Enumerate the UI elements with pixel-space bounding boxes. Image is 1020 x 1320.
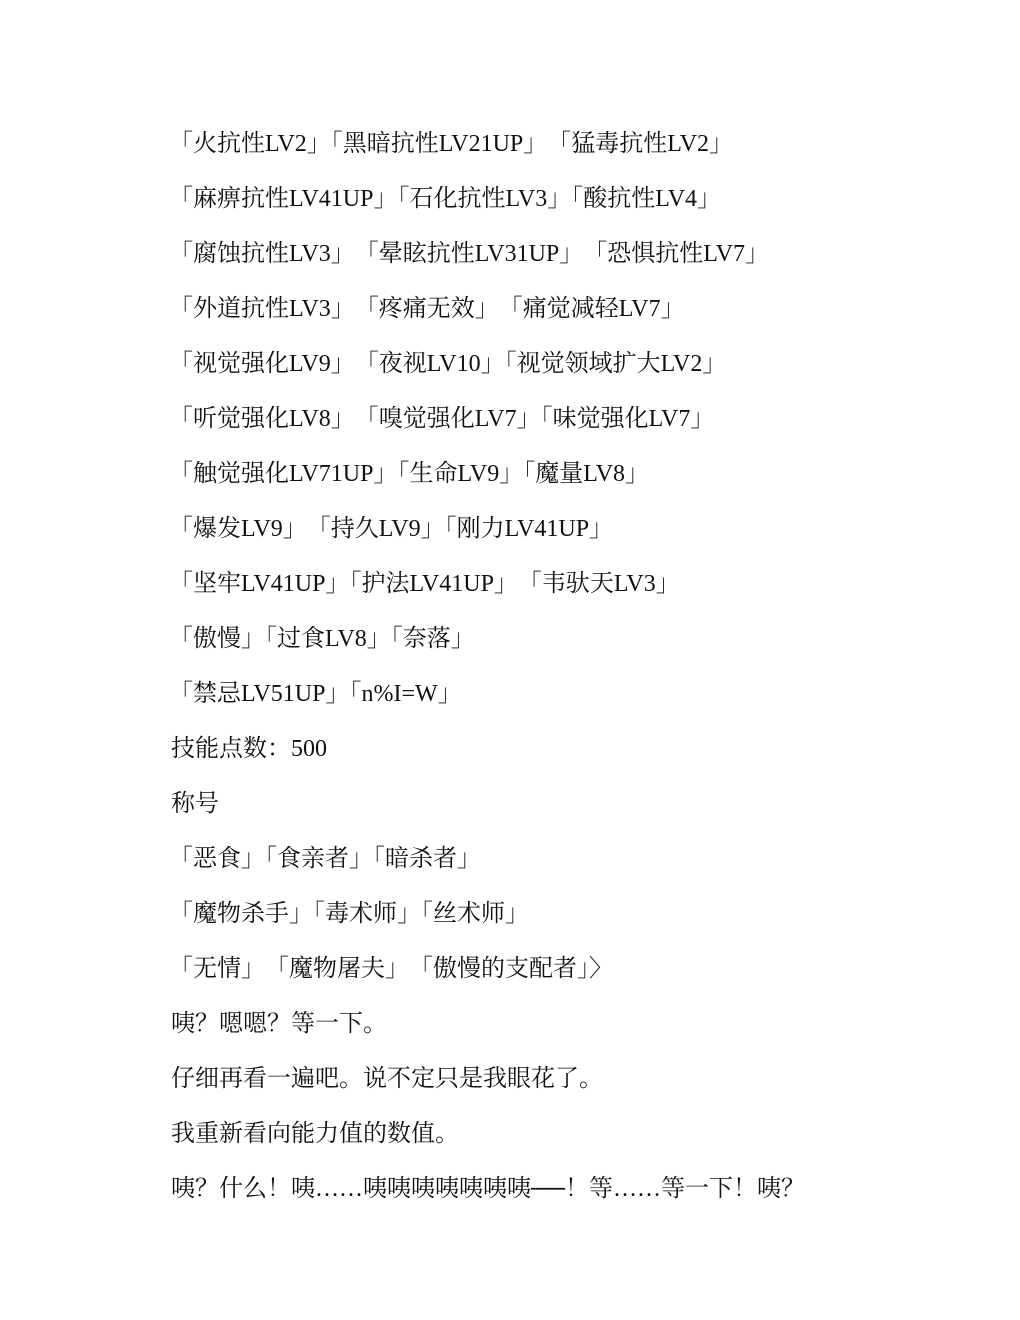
narration-paragraph-2: 仔细再看一遍吧。说不定只是我眼花了。 <box>171 1052 891 1107</box>
skill-line-stats-2: 「爆发LV9」 「持久LV9」「刚力LV41UP」 <box>169 502 891 557</box>
titles-line-2: 「魔物杀手」「毒术师」「丝术师」 <box>169 887 891 942</box>
document-page: 「火抗性LV2」「黑暗抗性LV21UP」 「猛毒抗性LV2」 「麻痹抗性LV41… <box>171 117 891 1217</box>
skill-points: 技能点数：500 <box>171 722 891 777</box>
skill-line-resistances-2: 「麻痹抗性LV41UP」「石化抗性LV3」「酸抗性LV4」 <box>169 172 891 227</box>
skill-line-resistances-3: 「腐蚀抗性LV3」 「晕眩抗性LV31UP」 「恐惧抗性LV7」 <box>169 227 891 282</box>
skill-line-special-1: 「傲慢」「过食LV8」「奈落」 <box>169 612 891 667</box>
skill-line-senses-2: 「听觉强化LV8」 「嗅觉强化LV7」「味觉强化LV7」 <box>169 392 891 447</box>
skill-line-stats-3: 「坚牢LV41UP」「护法LV41UP」 「韦驮天LV3」 <box>169 557 891 612</box>
skill-line-resistances-1: 「火抗性LV2」「黑暗抗性LV21UP」 「猛毒抗性LV2」 <box>169 117 891 172</box>
narration-paragraph-3: 我重新看向能力值的数值。 <box>171 1107 891 1162</box>
titles-heading: 称号 <box>171 777 891 832</box>
skill-line-senses-1: 「视觉强化LV9」 「夜视LV10」「视觉领域扩大LV2」 <box>169 337 891 392</box>
titles-line-1: 「恶食」「食亲者」「暗杀者」 <box>169 832 891 887</box>
skill-line-special-2: 「禁忌LV51UP」「n%I=W」 <box>169 667 891 722</box>
narration-paragraph-4: 咦？什么！咦……咦咦咦咦咦咦咦──！等……等一下！咦？ <box>171 1162 891 1217</box>
skill-line-resistances-4: 「外道抗性LV3」 「疼痛无效」 「痛觉减轻LV7」 <box>169 282 891 337</box>
skill-line-stats-1: 「触觉强化LV71UP」「生命LV9」「魔量LV8」 <box>169 447 891 502</box>
narration-paragraph-1: 咦？嗯嗯？等一下。 <box>171 997 891 1052</box>
titles-line-3: 「无情」 「魔物屠夫」 「傲慢的支配者」〉 <box>169 942 891 997</box>
